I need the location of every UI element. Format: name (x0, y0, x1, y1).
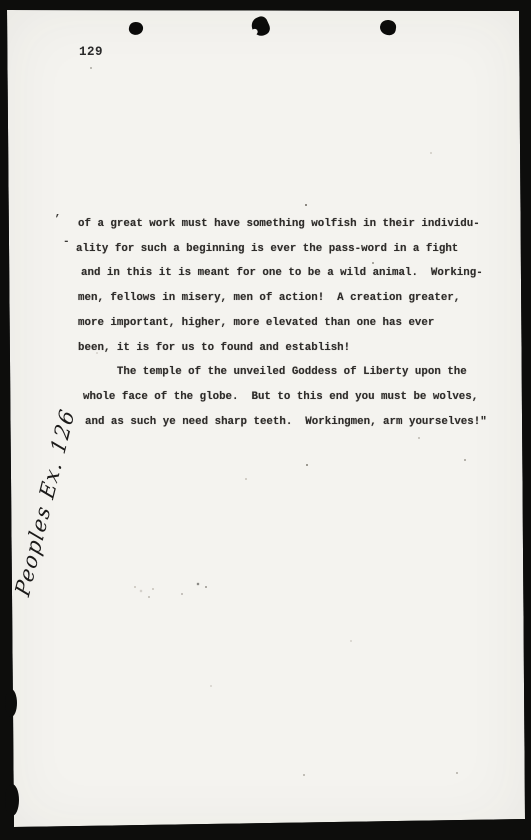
typed-line: The temple of the unveiled Goddess of Li… (78, 360, 508, 385)
typed-line: ality for such a beginning is ever the p… (76, 237, 508, 262)
page-number: 129 (79, 45, 103, 59)
typed-line: more important, higher, more elevated th… (78, 311, 508, 336)
typed-line: and in this it is meant for one to be a … (81, 261, 508, 286)
typed-text-block: of a great work must have something wolf… (78, 212, 508, 434)
typed-line: and as such ye need sharp teeth. Working… (85, 410, 508, 435)
scan-noise-specks (0, 0, 2, 2)
typed-line: whole face of the globe. But to this end… (83, 385, 508, 410)
margin-mark: ’ (54, 214, 61, 226)
typed-line: been, it is for us to found and establis… (78, 336, 508, 361)
margin-mark: - (63, 236, 70, 248)
typed-line: of a great work must have something wolf… (78, 212, 508, 237)
scanned-document-page: 129 of a great work must have something … (0, 0, 531, 840)
typed-line: men, fellows in misery, men of action! A… (78, 286, 508, 311)
